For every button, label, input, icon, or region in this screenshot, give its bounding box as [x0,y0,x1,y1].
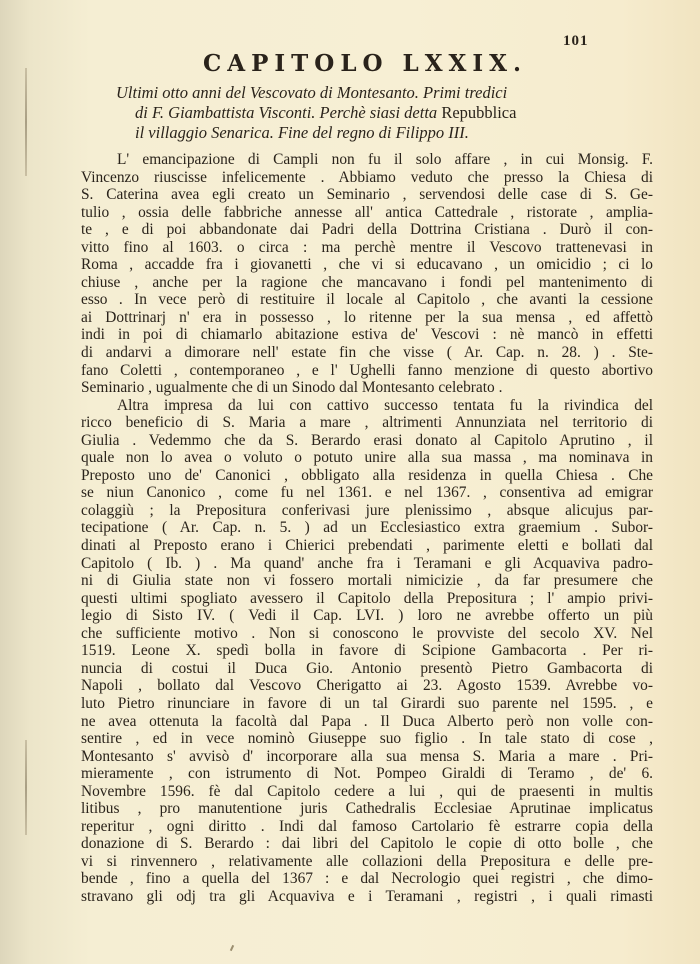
body-line: ricco beneficio di S. Maria a mare , alt… [81,414,653,432]
body-line: Capitolo ( Ib. ) . Ma quand' anche fra i… [81,555,653,573]
body-line: Altra impresa da lui con cattivo success… [81,397,653,415]
body-line: ni di Giulia state non vi fossero mortal… [81,572,653,590]
body-text: L' emancipazione di Campli non fu il sol… [81,151,653,906]
summary-roman-word: Repubblica [441,103,516,122]
body-line: dinati al Preposto erano i Chierici preb… [81,537,653,555]
body-line: colaggiù ; la Prepositura conferivasi ju… [81,502,653,520]
body-line: vitto fino al 1603. o circa : ma perchè … [81,239,653,257]
chapter-title: CAPITOLO LXXIX. [0,50,700,77]
body-line: stravano gli odj tra gli Acquaviva e i T… [81,888,653,906]
body-line: Montesanto s' avvisò d' incorporare alla… [81,748,653,766]
body-line: questi ultimi spogliato avessero il Capi… [81,590,653,608]
summary-text: il villaggio Senarica. Fine del regno di… [135,123,469,142]
paper-speck [230,945,234,951]
summary-line: Ultimi otto anni del Vescovato di Montes… [110,83,700,103]
body-line: nuncia di costui il Duca Gio. Antonio pr… [81,660,653,678]
body-line: Novembre 1596. fè dal Capitolo cedere a … [81,783,653,801]
body-line: ne avea ottenuta la facoltà dal Papa . I… [81,713,653,731]
body-line: donazione di S. Berardo : dai libri del … [81,835,653,853]
summary-text: Ultimi otto anni del Vescovato di Montes… [116,83,507,102]
body-line: esso . In vece però di restituire il loc… [81,291,653,309]
body-line: reperitur , ogni diritto . Indi dal famo… [81,818,653,836]
body-line: se niun Canonico , come fu nel 1361. e n… [81,484,653,502]
body-line: fano Coletti , contemporaneo , e l' Ughe… [81,362,653,380]
body-line: che sufficiente motivo . Non si conoscon… [81,625,653,643]
body-line: ai Dottrinarj n' era in possesso , lo ri… [81,309,653,327]
body-line: indi in poi di chiamarlo abitazione esti… [81,326,653,344]
body-line: S. Caterina avea egli creato un Seminari… [81,186,653,204]
body-line: legio di Sisto IV. ( Vedi il Cap. LVI. )… [81,607,653,625]
summary-line: il villaggio Senarica. Fine del regno di… [110,123,700,143]
body-line: litibus , pro manutentione juris Cathedr… [81,800,653,818]
body-line: vi si rinvennero , relativamente alle co… [81,853,653,871]
body-line: te , e di poi abbandonate dai Padri dell… [81,221,653,239]
body-line: L' emancipazione di Campli non fu il sol… [81,151,653,169]
page-gutter-mark [25,68,27,176]
body-line: Seminario , ugualmente che di un Sinodo … [81,379,653,397]
body-line: sentire , ed in vece nominò Giuseppe suo… [81,730,653,748]
body-line: luto Pietro rinunciare in favore di un t… [81,695,653,713]
body-line: di andarvi a dimorare nell' estate fin c… [81,344,653,362]
body-line: bende , fino a quella del 1367 : e dal N… [81,870,653,888]
body-line: quale non lo avea o voluto o potuto unir… [81,449,653,467]
body-line: 1519. Leone X. spedì bolla in favore di … [81,642,653,660]
body-line: tecipatione ( Ar. Cap. n. 5. ) ad un Ecc… [81,519,653,537]
summary-text: di F. Giambattista Visconti. Perchè sias… [135,103,437,122]
summary-line: di F. Giambattista Visconti. Perchè sias… [110,103,700,123]
body-line: Vincenzo riuscisse infelicemente . Abbia… [81,169,653,187]
body-line: tulio , ossia delle fabbriche annesse al… [81,204,653,222]
body-line: Preposto uno de' Canonici , obbligato al… [81,467,653,485]
body-line: Roma , accadde fra i giovanetti , che vi… [81,256,653,274]
body-line: Napoli , bollato dal Vescovo Cherigatto … [81,677,653,695]
body-line: mieramente , con istrumento di Not. Pomp… [81,765,653,783]
chapter-summary: Ultimi otto anni del Vescovato di Montes… [110,83,700,143]
page-number: 101 [563,33,589,50]
page-gutter-mark [25,740,27,835]
body-line: chiuse , anche per la ragione che mancav… [81,274,653,292]
body-line: Giulia . Vedemmo che da S. Berardo erasi… [81,432,653,450]
